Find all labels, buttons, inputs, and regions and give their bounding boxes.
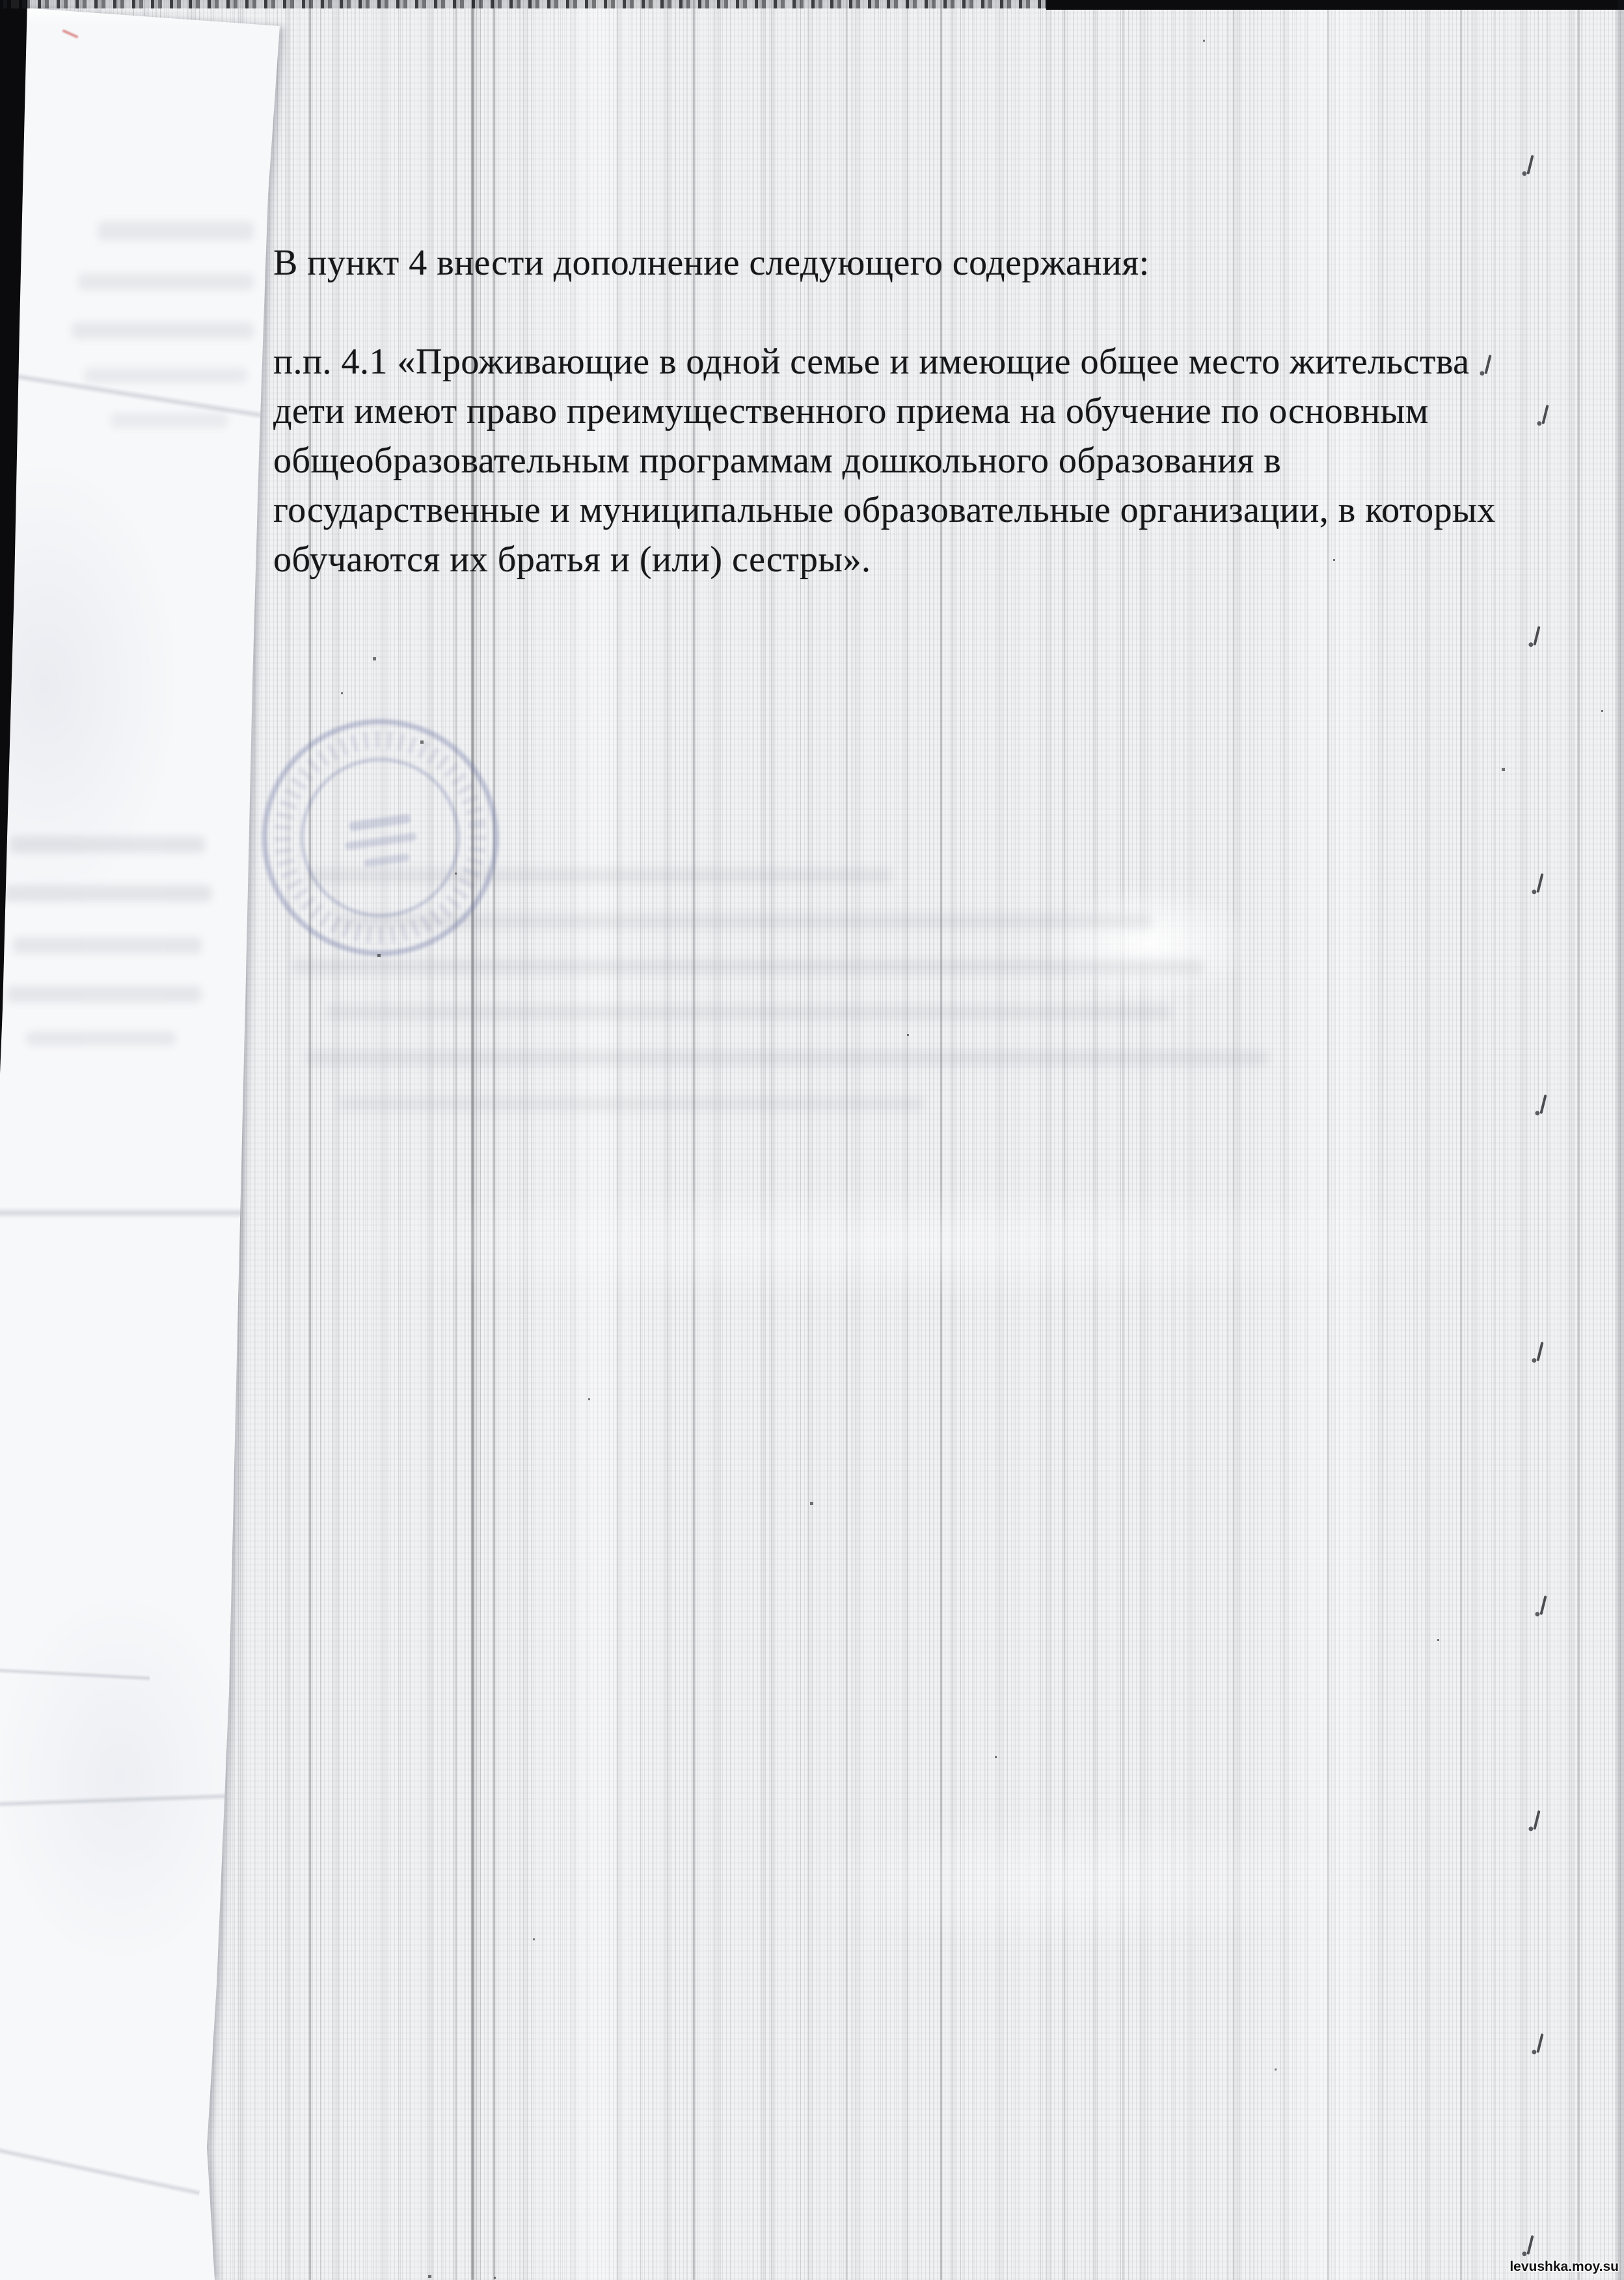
fold-crease — [0, 366, 285, 423]
margin-tick-mark — [1484, 355, 1491, 374]
ghost-text-line — [78, 273, 254, 290]
ghost-text-line — [98, 221, 254, 241]
ghost-text-line — [26, 1031, 176, 1046]
red-ink-speck — [62, 29, 78, 38]
margin-tick-mark — [1533, 1810, 1540, 1830]
fold-crease — [0, 2145, 200, 2197]
paper-blotch — [1041, 885, 1256, 1002]
ghost-text-line — [85, 368, 247, 383]
site-watermark: levushka.moy.su — [1509, 2259, 1619, 2275]
margin-tick-mark — [1536, 2033, 1543, 2053]
fold-crease — [0, 1667, 150, 1682]
margin-tick-mark — [1536, 873, 1543, 893]
document-line: обучаются их братья и (или) сестры». — [273, 539, 871, 580]
ghost-text-line — [111, 413, 228, 428]
margin-tick-mark — [1539, 1094, 1547, 1114]
ghost-text-line — [338, 1096, 924, 1111]
ghost-text-line — [7, 986, 202, 1003]
document-heading: В пункт 4 внести дополнение следующего с… — [273, 242, 1150, 284]
document-line: дети имеют право преимущественного прием… — [273, 390, 1429, 432]
margin-tick-mark — [1541, 405, 1549, 424]
ghost-text-line — [72, 322, 254, 339]
round-seal-stamp — [235, 679, 545, 1000]
right-edge-shade — [1617, 0, 1624, 2280]
paper-blotch — [247, 1184, 1549, 1301]
margin-tick-mark — [1536, 1342, 1543, 1361]
scanner-bed-top-right-bar — [1046, 0, 1624, 10]
scanned-document-page: В пункт 4 внести дополнение следующего с… — [0, 0, 1624, 2280]
margin-tick-mark — [1526, 155, 1534, 174]
fold-crease — [0, 1791, 247, 1808]
ghost-text-line — [3, 885, 211, 902]
document-line: государственные и муниципальные образова… — [273, 489, 1496, 531]
margin-tick-mark — [1539, 1595, 1547, 1615]
paper-blotch — [781, 1809, 1366, 1952]
margin-tick-mark — [1526, 2235, 1534, 2255]
margin-tick-mark — [1533, 626, 1540, 645]
scanner-bed-left-strip — [0, 0, 29, 1080]
ghost-text-line — [338, 914, 1152, 929]
folded-page-flap — [0, 0, 299, 2280]
ghost-text-line — [306, 1051, 1269, 1065]
fold-crease — [0, 1207, 286, 1219]
document-line: п.п. 4.1 «Проживающие в одной семье и им… — [273, 341, 1469, 383]
ghost-text-line — [293, 960, 1204, 974]
document-line: общеобразовательным программам дошкольно… — [273, 440, 1281, 482]
scan-streak — [1578, 0, 1580, 2280]
ghost-text-line — [13, 937, 202, 954]
ghost-text-line — [306, 869, 891, 883]
ghost-text-line — [325, 1005, 1171, 1020]
folded-page-flap-surface — [0, 0, 299, 2280]
ghost-text-line — [10, 836, 205, 853]
